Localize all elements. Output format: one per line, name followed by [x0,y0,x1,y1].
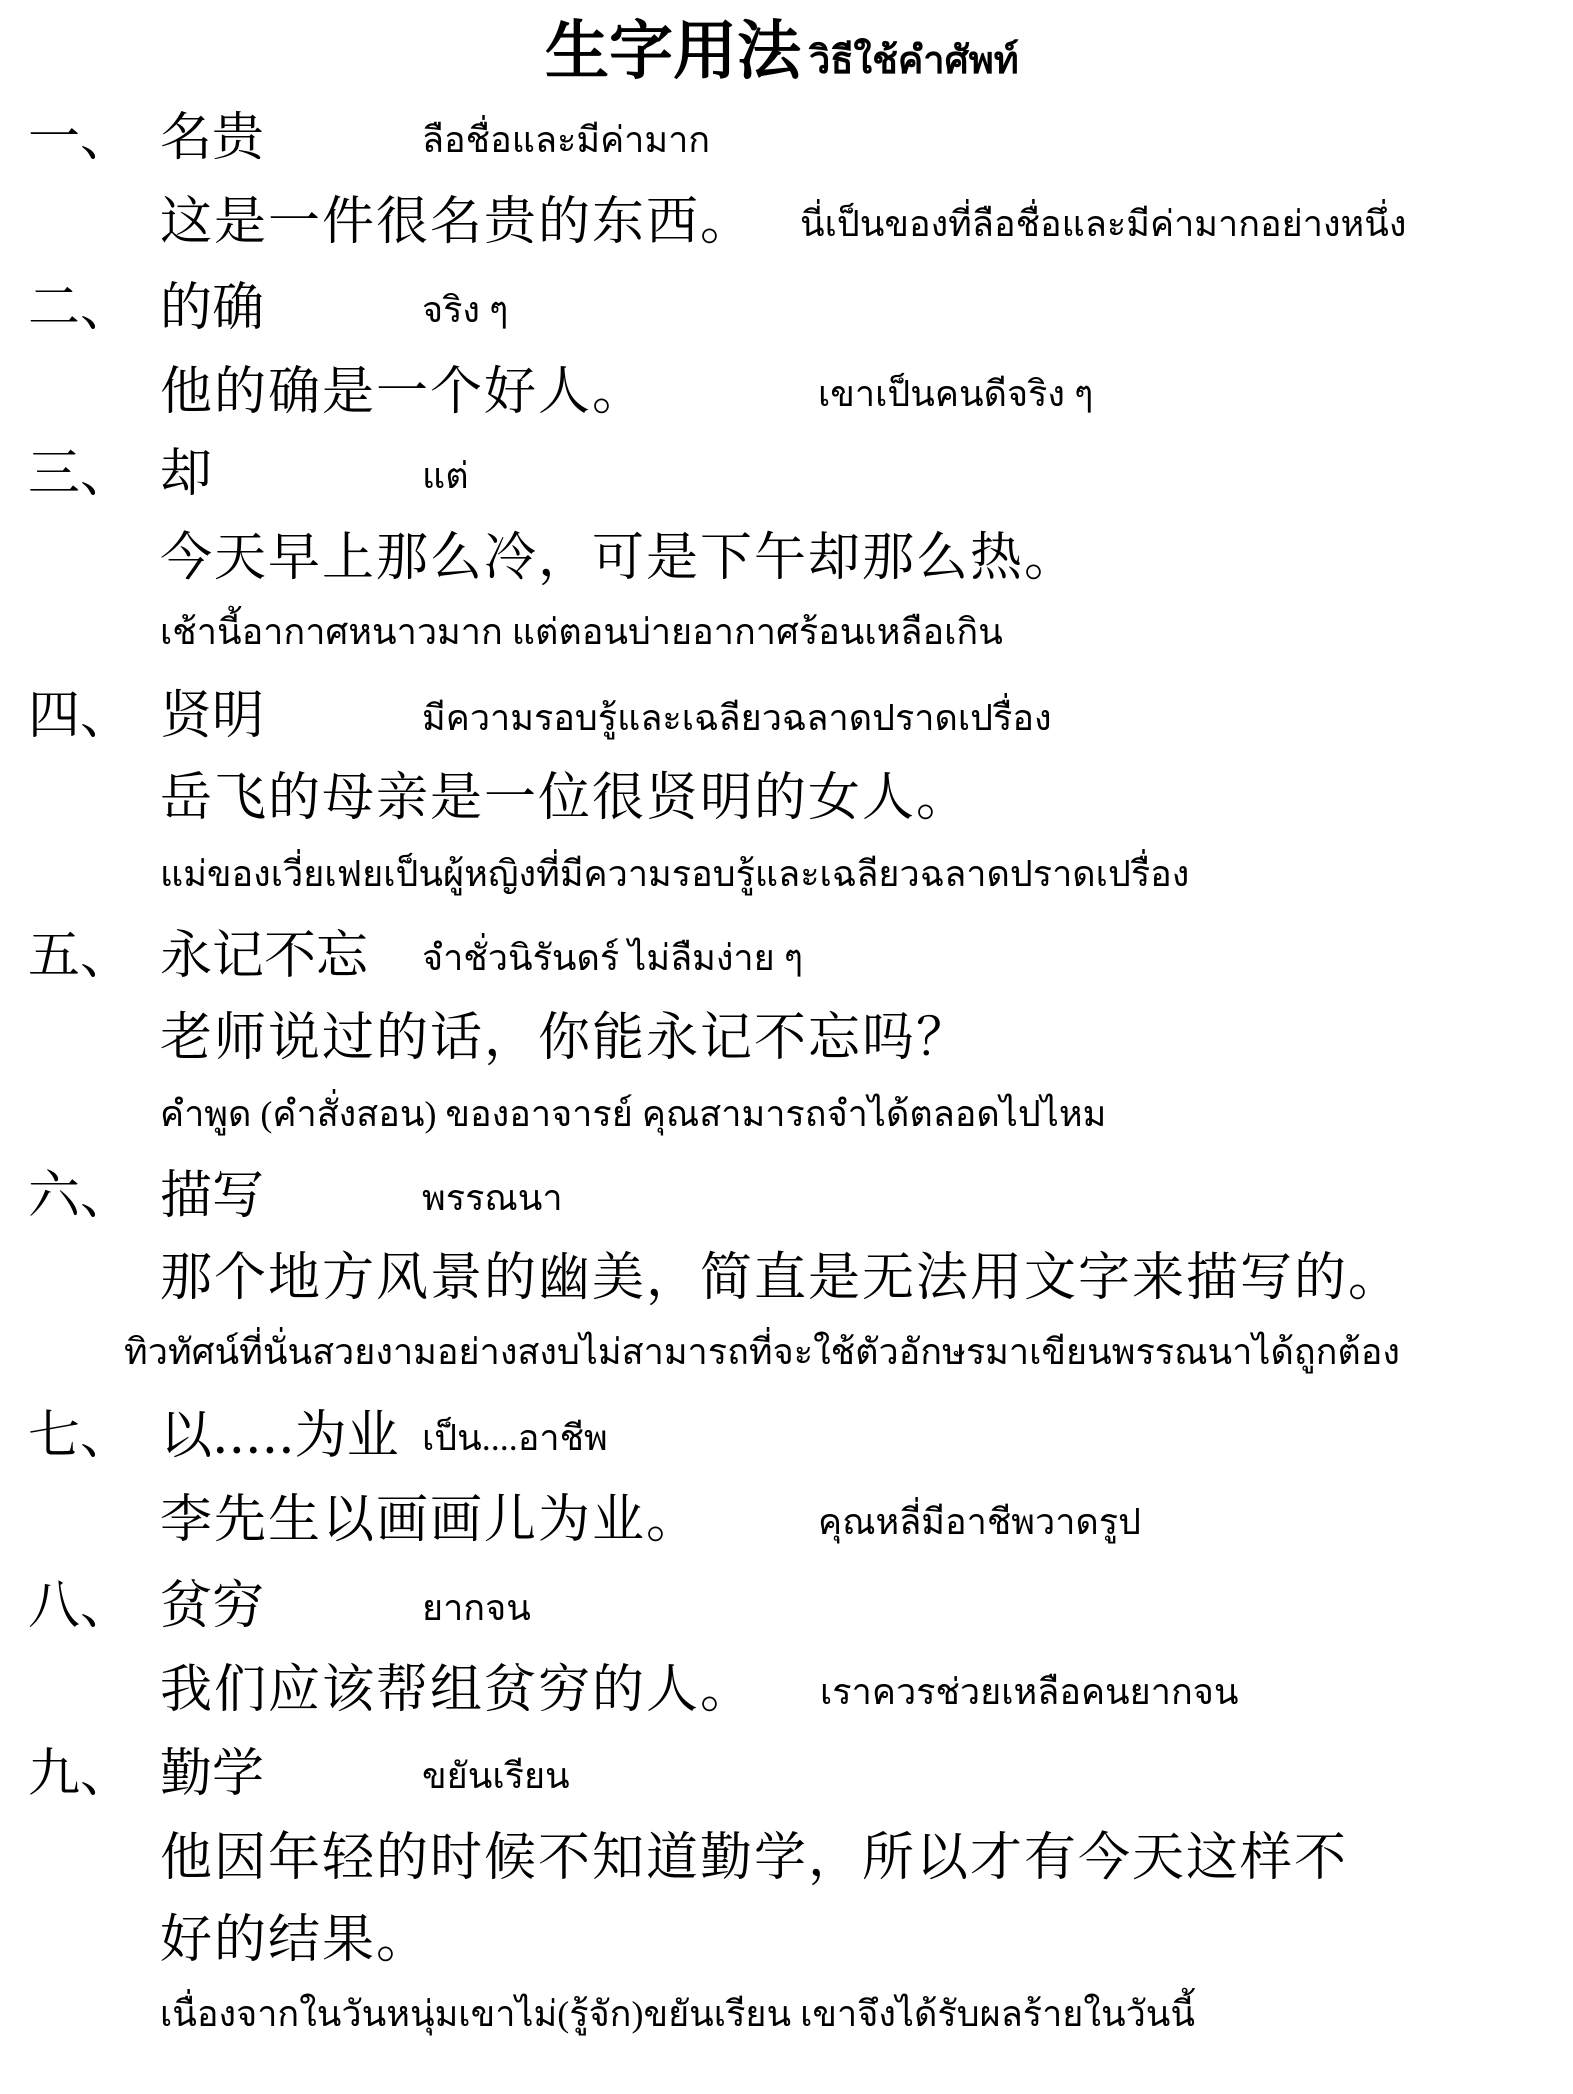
entry-gloss: ขยันเรียน [422,1758,570,1794]
example-sentence: 他的确是一个好人。 [160,366,646,418]
entry-word: 贤明 [160,690,264,742]
example-sentence: 今天早上那么冷，可是下午却那么热。 [160,532,1078,584]
example-sentence-line-2: 好的结果。 [160,1914,430,1966]
example-sentence-line-1: 他因年轻的时候不知道勤学，所以才有今天这样不 [160,1832,1348,1884]
entry-number: 一、 [28,112,132,164]
example-translation: เนื่องจากในวันหนุ่มเขาไม่(รู้จัก)ขยันเรี… [160,1996,1195,2032]
example-translation: คุณหลี่มีอาชีพวาดรูป [818,1504,1141,1540]
example-sentence: 那个地方风景的幽美，简直是无法用文字来描写的。 [160,1252,1402,1304]
example-sentence: 老师说过的话，你能永记不忘吗？ [160,1012,970,1064]
title-chinese: 生字用法 [545,15,801,89]
entry-number: 三、 [28,448,132,500]
entry-word: 描写 [160,1170,264,1222]
entry-number: 八、 [28,1580,132,1632]
example-translation: นี่เป็นของที่ลือชื่อและมีค่ามากอย่างหนึ่… [800,206,1406,242]
entry-word: 却 [160,448,212,500]
example-translation: ทิวทัศน์ที่นั่นสวยงามอย่างสงบไม่สามารถที… [124,1334,1400,1370]
example-translation: เช้านี้อากาศหนาวมาก แต่ตอนบ่ายอากาศร้อนเ… [160,614,1003,650]
example-translation: แม่ของเวี่ยเฟยเป็นผู้หญิงที่มีความรอบรู้… [160,856,1189,892]
entry-word: 的确 [160,282,264,334]
entry-number: 二、 [28,282,132,334]
entry-gloss: ยากจน [422,1590,531,1626]
entry-word: 贫穷 [160,1580,264,1632]
entry-number: 九、 [28,1748,132,1800]
entry-gloss: แต่ [422,458,469,494]
entry-word: 以.....为业 [160,1410,399,1462]
example-translation: เราควรช่วยเหลือคนยากจน [820,1674,1238,1710]
page-title: 生字用法วิธีใช้คำศัพท์ [545,20,1019,84]
entry-gloss: พรรณนา [422,1180,563,1216]
title-thai: วิธีใช้คำศัพท์ [809,40,1019,82]
example-translation: เขาเป็นคนดีจริง ๆ [818,376,1093,412]
entry-number: 七、 [28,1410,132,1462]
entry-gloss: จริง ๆ [422,292,508,328]
entry-number: 四、 [28,690,132,742]
entry-gloss: มีความรอบรู้และเฉลียวฉลาดปราดเปรื่อง [422,700,1052,736]
entry-word: 永记不忘 [160,930,368,982]
example-translation: คำพูด (คำสั่งสอน) ของอาจารย์ คุณสามารถจำ… [160,1096,1106,1132]
entry-number: 六、 [28,1170,132,1222]
entry-gloss: ลือชื่อและมีค่ามาก [422,122,710,158]
entry-gloss: เป็น....อาชีพ [422,1420,608,1456]
example-sentence: 我们应该帮组贫穷的人。 [160,1664,754,1716]
example-sentence: 岳飞的母亲是一位很贤明的女人。 [160,772,970,824]
entry-number: 五、 [28,930,132,982]
entry-word: 名贵 [160,112,264,164]
example-sentence: 李先生以画画儿为业。 [160,1494,700,1546]
example-sentence: 这是一件很名贵的东西。 [160,196,754,248]
entry-word: 勤学 [160,1748,264,1800]
entry-gloss: จำชั่วนิรันดร์ ไม่ลืมง่าย ๆ [422,940,803,976]
